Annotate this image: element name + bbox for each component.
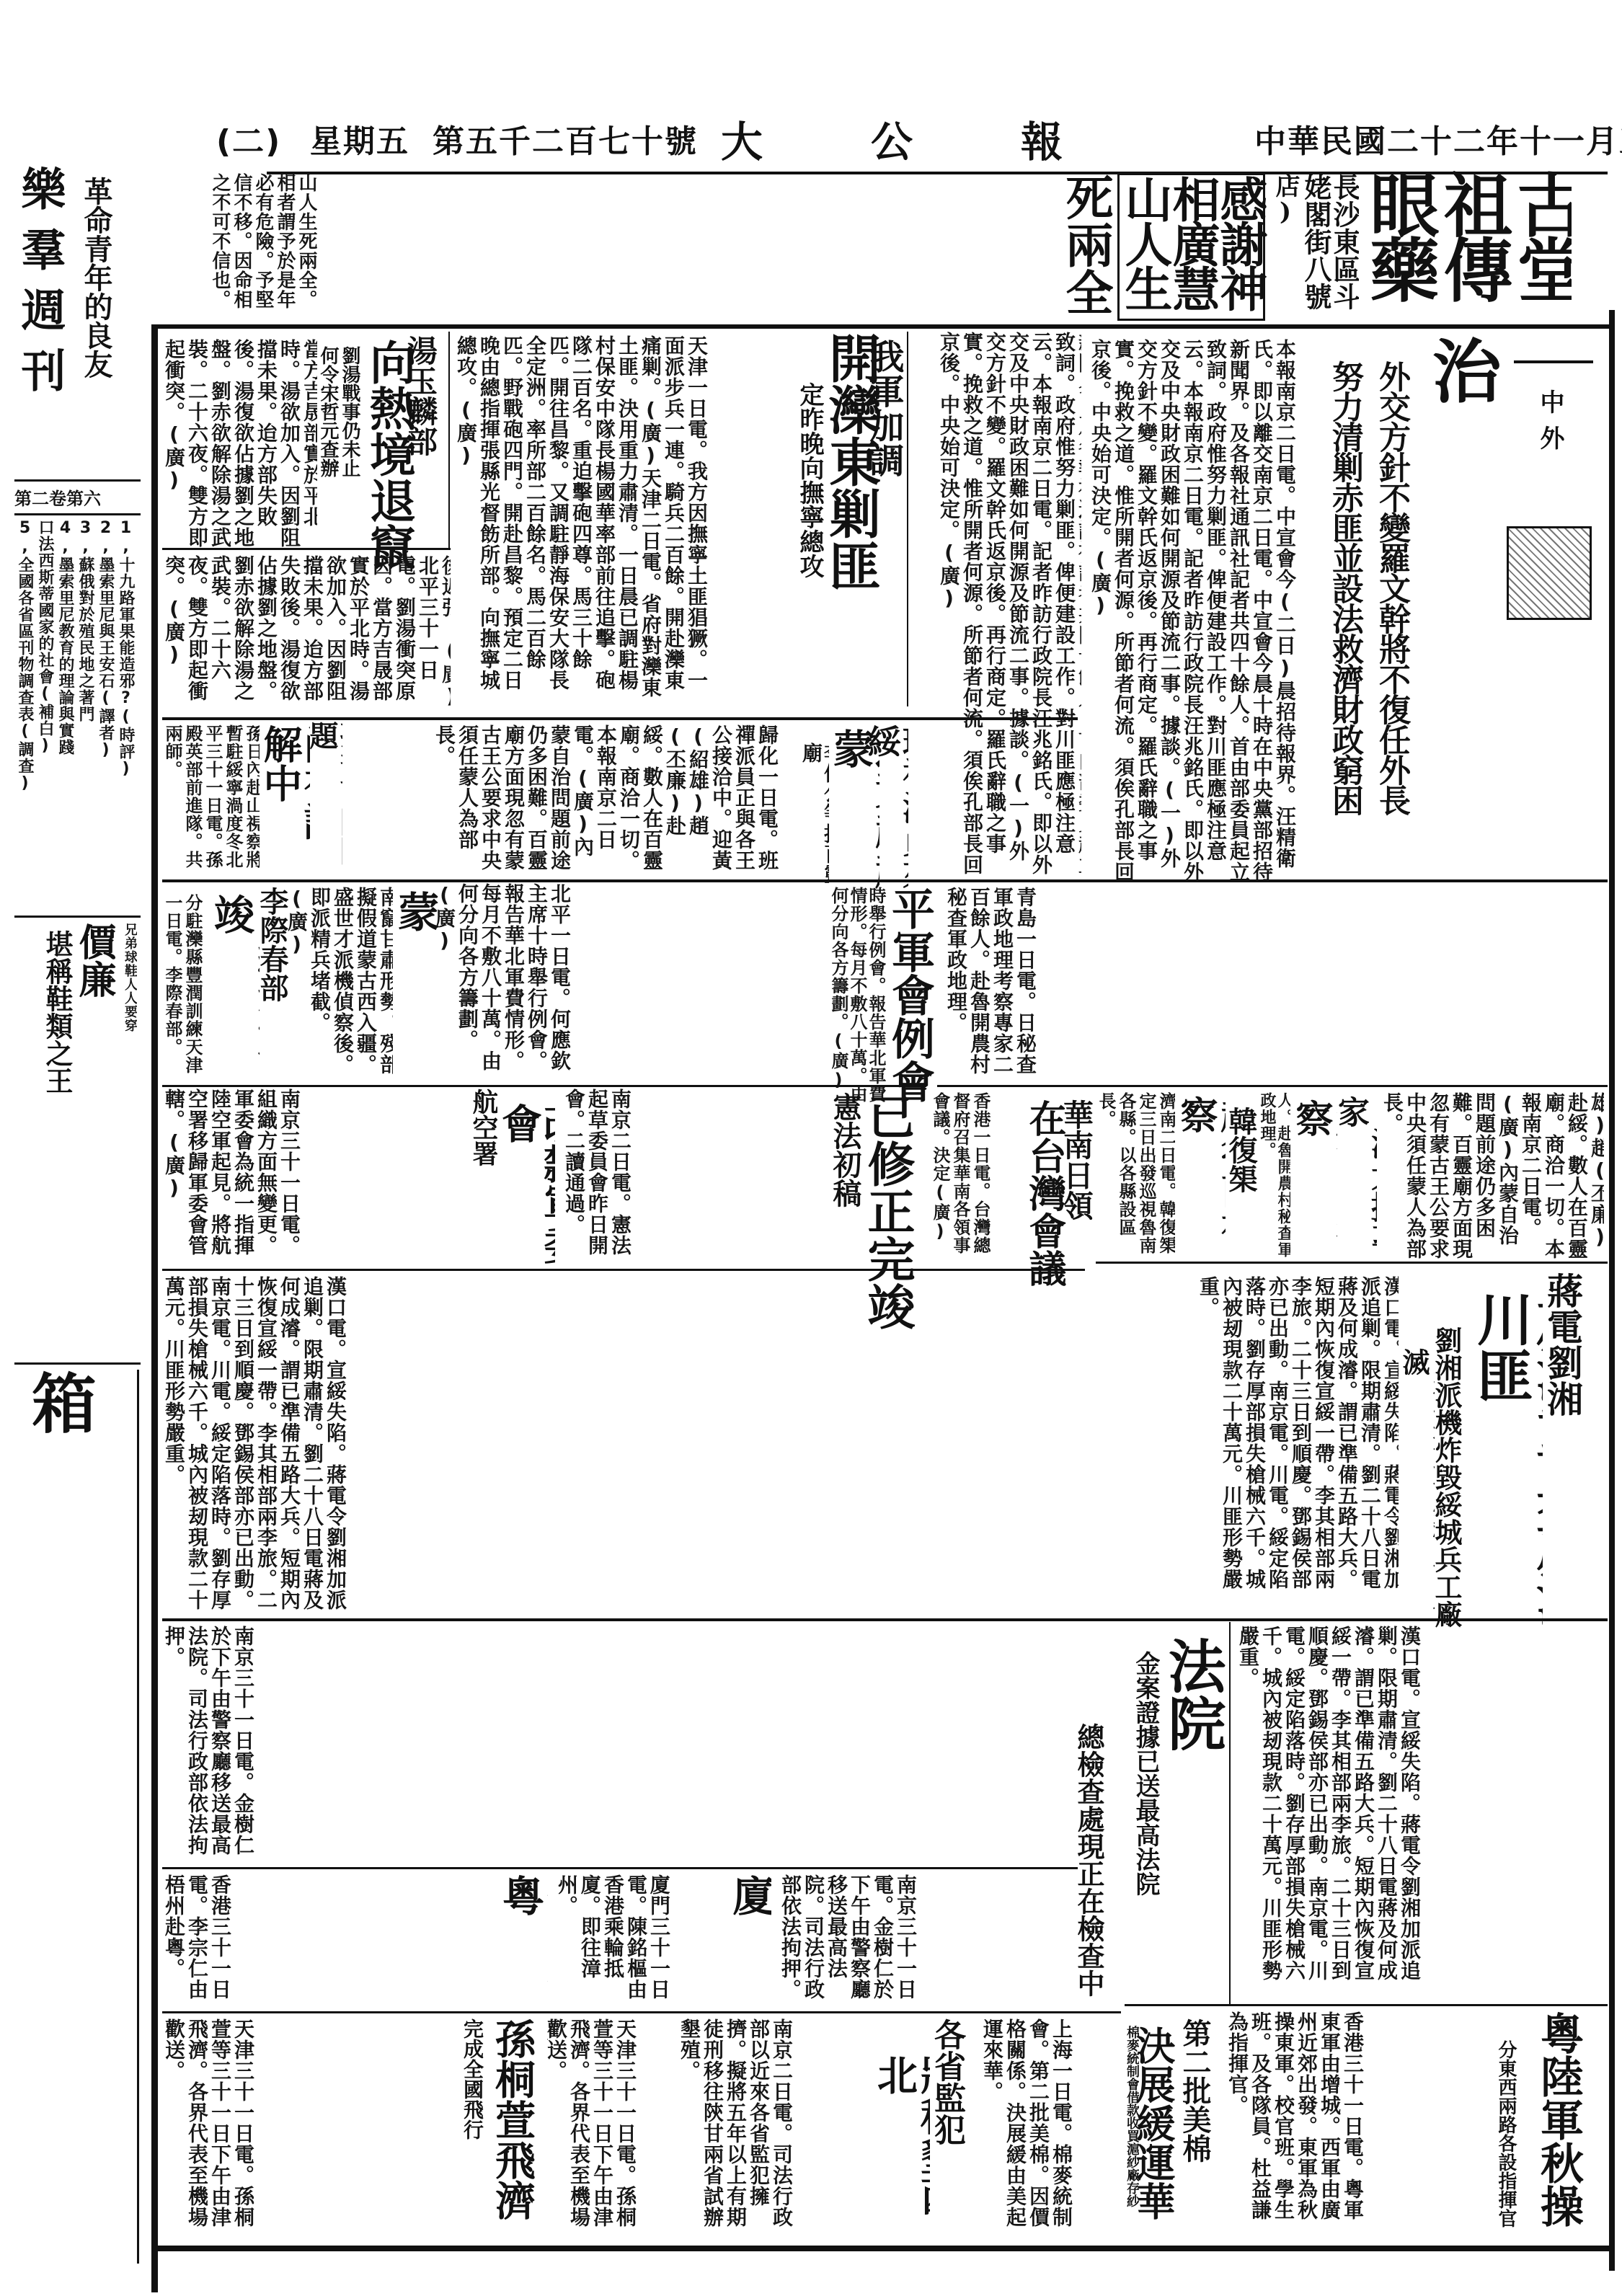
tang-body: 北平三十一日電。駐赤城湯玉麟部。在赤城北境開火。劉電平稱。湯已向熱境竄。搬運大批… <box>162 339 317 555</box>
pingjun-preceding-body: 青島一日電。日秘查軍政地理考察專家二百餘人。赴魯開農村秘查軍政地理。 <box>944 887 1600 1081</box>
row-rule <box>1096 1262 1608 1264</box>
taiwan-body: 香港一日電。台灣總督府召集華南各領事會議。決定(廣) <box>930 1092 1024 1265</box>
row-rule <box>162 717 1078 720</box>
pharmacy-rule <box>14 1362 141 1365</box>
hu-wangu-ad: 胡萬古堂祖傳眼藥 <box>1362 169 1572 324</box>
tang-subheads: 劉湯戰事仍未止何令宋哲元查辦 <box>317 346 368 562</box>
page-number: (二) <box>216 115 281 166</box>
pingjun-body: 北平一日電。何應欽主席十時舉行例會。報告華北軍費情形。每月不敷八十萬。由何分向各… <box>829 887 887 1103</box>
chiang-subhead-2: 匪在宣漢大屠殺人民全滅 <box>1399 1348 1435 1636</box>
jp-kicker: 日派大批專家 <box>1334 1096 1377 1269</box>
sun-body: 孫日內赴山視察將暫駐綏寧渦度冬北平三十一日電。孫殿英部前進隊。共兩師。 <box>162 724 260 876</box>
lijichun-body: 分駐灤縣豐潤訓練天津一日電。李際春部。 <box>162 894 209 1081</box>
row-rule <box>162 2011 1121 2013</box>
section-zhongwai: 中外 <box>1507 332 1600 649</box>
military-headline: 改隸軍委會 <box>497 1103 555 1290</box>
row-rule <box>162 1269 1085 1271</box>
yue-headline: 粵陸軍秋操 <box>1535 2011 1593 2242</box>
sun-tongxuan-body-2: 天津三十一日電。孫桐萱等三十一日下午由津飛濟。各界代表至機場歡送。 <box>544 2018 674 2235</box>
jp-prev-body: 歸化一日電。班禪派員正與各王公接洽中。迎黃(紹雄)趙(丕廉)赴綏。數人在百靈廟。… <box>1381 1092 1604 1265</box>
weekly-issue: 第二卷第六 <box>14 484 141 510</box>
row-rule <box>162 1867 1078 1869</box>
taiwan-kicker: 華南日領 <box>1060 1099 1096 1258</box>
row-rule <box>162 1618 1608 1621</box>
chen-prev-body: 南京三十一日電。金樹仁於下午由警察廳移送最高法院。司法行政部依法拘押。 <box>779 1874 1074 2011</box>
lijichun-headline: 已編遣完竣 <box>209 894 260 1081</box>
shoe-ad-headline: 兄弟球鞋堅靭舒適且物美價廉 <box>72 923 121 1348</box>
row-rule <box>937 1085 1608 1087</box>
pingjun-headline: 平軍會例會 <box>887 887 937 1103</box>
wang-subhead-1: 外交方針不變羅文幹將不復任外長 <box>1373 360 1417 879</box>
jin-headline: 金樹仁已移送法院 <box>1161 1636 1226 1997</box>
lunan-body: 濟南二日電。韓復榘定三日出發巡視魯南各縣。以各縣設區長。 <box>1096 1092 1175 1265</box>
cotton-prev-body: 上海一日電。棉麥統制會。第二批美棉。因價格關係。決展緩由美起運來華。 <box>980 2018 1117 2235</box>
banzhan-body: 歸化一日電。班禪派員正與各王公接洽中。迎黃(紹雄)趙(丕廉)赴綏。數人在百靈廟。… <box>433 724 793 876</box>
newspaper-title: 大公報 <box>721 108 1171 159</box>
main-frame-bottom <box>151 2246 1615 2251</box>
chiang-headline: 加派重兵肅清川匪 <box>1471 1290 1543 1629</box>
row-rule <box>162 879 1608 882</box>
lijichun-kicker: 李際春部 <box>256 887 288 1031</box>
cotton-headline: 決展緩運華 <box>1132 2026 1182 2242</box>
sichuan-cont-body: 漢口電。宣綏失陷。蔣電令劉湘加派追剿。限期肅清。劉二十八日電蔣及何成濬。謂已準備… <box>1236 1626 1604 2000</box>
radio-tower-icon <box>1507 526 1592 620</box>
weekly-slogan: 革命青年的良友 <box>79 177 115 451</box>
shanren-article: 山人生死兩全。相者謂予於是年必有危險。予堅信不移。因命相之不可不信也。 <box>209 173 1052 321</box>
lunan-kicker: 韓復榘 <box>1226 1107 1258 1251</box>
column-divider <box>448 332 450 548</box>
thanks-ad-final: 死兩全 <box>1060 173 1117 324</box>
hu-wangu-address: 長沙東區斗姥閣街八號 <box>1301 173 1359 324</box>
shoe-ad-rule <box>14 916 141 918</box>
ma-headline: 阻馬部竄蒙 <box>393 890 443 1078</box>
constitution-body: 南京二日電。憲法起草委員會昨日開會。二讀通過。 <box>562 1089 829 1269</box>
prisoners-headline: 將移墾西北 <box>872 2055 930 2242</box>
row-rule <box>1125 2004 1608 2006</box>
pharmacy-border <box>137 1370 139 2264</box>
main-frame-top <box>151 324 1615 329</box>
chiang-subhead-1: 劉湘派機炸毀綏城兵工廠 <box>1431 1326 1471 1629</box>
shoe-ad-sub: 堪稱鞋類之王 <box>42 930 74 1146</box>
weekly-rule <box>14 479 141 482</box>
hu-wangu-note: (並無分店) <box>1272 173 1301 324</box>
jin-subhead: 金案證據已送最高法院 <box>1132 1651 1161 1954</box>
li-zongren-body: 香港三十一日電。李宗仁由梧州赴粵。 <box>162 1874 494 2011</box>
main-frame-right <box>1609 310 1615 2271</box>
prisoners-kicker: 各省監犯 <box>930 2018 973 2249</box>
wang-body-cont: 本報南京二日電。中宣會今(二日)晨招待報界。汪精衛氏。即以離交南京二日電。中宣會… <box>937 332 1081 879</box>
banzhan-headline: 迎黃趙赴蒙 <box>829 728 879 894</box>
lunan-headline: 赴魯南視察 <box>1175 1096 1226 1269</box>
military-body: 南京三十一日電。組織方面無變更。軍委會為統一指揮陸空軍起見。將航空署移歸軍委會管… <box>162 1089 465 1269</box>
pharmacy-ad: 廣昌商店精製西法改良新式衣箱 <box>22 1370 101 2256</box>
thanks-ad: 感謝神 相廣慧 山人生 <box>1117 173 1265 321</box>
weekday: 星期五 <box>310 115 409 166</box>
main-frame-left <box>151 324 158 2292</box>
chiang-body: 漢口電。宣綏失陷。蔣電令劉湘加派追剿。限期肅清。劉二十八日電蔣及何成濬。謂已準備… <box>1197 1276 1399 1608</box>
banzhan-subhead: 李仲公等抵百靈廟 <box>800 743 829 887</box>
cotton-kicker: 第二批美棉 <box>1179 2018 1215 2220</box>
ma-body: 歸化一日電。馬部有南竄甘肅形勢。殘部擬假道蒙古西入疆。盛世才派機偵察後。即派精兵… <box>285 887 393 1081</box>
tang-headline: 向熱境退竄 <box>364 339 415 577</box>
weekly-name: 樂羣週刊 <box>14 166 65 469</box>
cotton-sub2: 棉麥統制會借款收買滬紗廠存紗 <box>1125 2026 1139 2242</box>
yue-subhead: 分東西兩路各設指揮官 <box>1496 2040 1532 2242</box>
sun-tongxuan-subhead: 完成全國飛行 <box>461 2018 490 2199</box>
junfei-body: 北平一日電。何應欽主席十時舉行例會。報告華北軍費情形。每月不敷八十萬。由何分向各… <box>433 883 822 1085</box>
wang-subhead-2: 努力清剿赤匪並設法救濟財政窮困 <box>1326 360 1370 879</box>
weekly-contents: 1,十九路軍果能造邪?(時評) 2,墨索里尼與王安石(譯者) 3,蘇俄對於殖民地… <box>14 519 141 908</box>
jp-body: 青島一日電。日秘查軍政地理考察專家二百餘人。赴魯開農村秘查軍政地理。 <box>1258 1092 1290 1265</box>
luan-subhead: 定昨晚向撫寧總攻 <box>797 382 825 685</box>
jin-body: 南京三十一日電。金樹仁於下午由警察廳移送最高法院。司法行政部依法拘押。 <box>162 1626 1071 1863</box>
military-kicker: 航空署 <box>469 1089 497 1218</box>
sun-tongxuan-body: 天津三十一日電。孫桐萱等三十一日下午由津飛濟。各界代表至機場歡送。 <box>162 2018 458 2235</box>
issue-number: 第五千二百七十號 <box>433 115 698 166</box>
sun-tongxuan-headline: 孫桐萱飛濟 <box>490 2018 541 2235</box>
luan-headline: 我軍加調砲騎兵開灤東剿匪 <box>822 332 887 721</box>
issue-date: 中華民國二十二年十一月三日 <box>1254 115 1622 166</box>
weekly-rule-2 <box>14 513 141 515</box>
jin-subhead-2: 總檢查處現正在檢查中 <box>1074 1723 1117 1997</box>
jp-headline: 赴魯省考察 <box>1290 1099 1337 1272</box>
column-divider <box>1229 1622 1231 2004</box>
sun-kicker: 孫部西開問題 <box>306 721 342 865</box>
tang-rule <box>162 548 451 550</box>
row-rule <box>162 1085 926 1087</box>
chiang-kicker: 蔣電劉湘 <box>1543 1272 1586 1460</box>
tang-body-cont: 北平三十一日電。駐赤城湯玉麟部。在赤城北境開火。劉電平稱。湯已向熱境竄。搬運大批… <box>162 555 451 714</box>
shoe-ad-repeat: 兄弟球鞋人人要穿 <box>123 923 138 1341</box>
prisoners-body: 南京二日電。司法行政部以近來各省監犯擁擠。擬將五年以上有期徒刑移往陝甘兩省試辦墾… <box>678 2018 872 2235</box>
sichuan-analysis-body: 漢口電。宣綏失陷。蔣電令劉湘加派追剿。限期肅清。劉二十八日電蔣及何成濬。謂已準備… <box>162 1276 1193 1615</box>
yue-body: 香港三十一日電。粵軍東軍由增城。西軍由廣州近郊出發。東軍為秋操東軍。校官班。學生… <box>1226 2011 1492 2235</box>
wang-body: 本報南京二日電。中宣會今(二日)晨招待報界。汪精衛氏。即以離交南京二日電。中宣會… <box>1089 339 1319 887</box>
sun-headline: 尚在調解中 <box>260 724 310 876</box>
luan-body: 天津一日電。我方因撫寧土匪猖獗。一面派步兵一連。騎兵二百餘。開赴灤東痛剿。(廣)… <box>454 335 793 710</box>
wang-headline: 汪院長談外交政治 <box>1424 335 1503 883</box>
chen-body: 廈門三十一日電。陳銘樞由香港乘輪抵廈。即往漳州。 <box>555 1874 724 2011</box>
section-rule <box>1514 360 1593 363</box>
